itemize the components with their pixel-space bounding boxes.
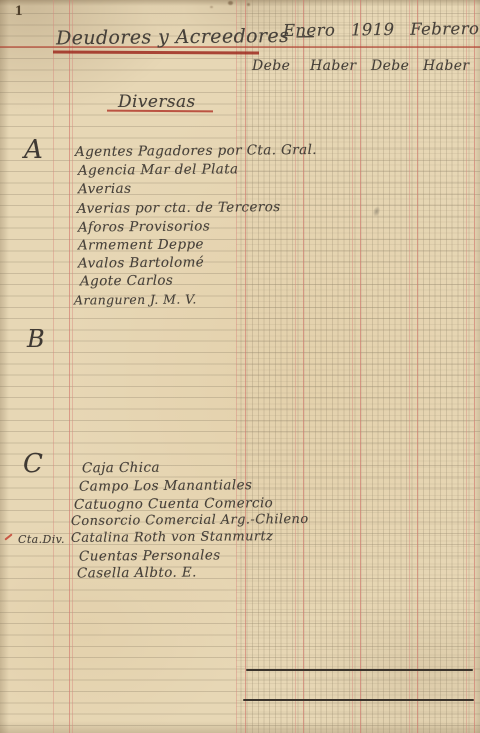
totals-rule-line — [246, 669, 473, 671]
ink-smudge — [371, 205, 381, 218]
title-underline — [53, 50, 259, 54]
account-type-note: Cta.Div. — [18, 533, 65, 546]
column-rule — [409, 0, 410, 733]
entry-row: Consorcio Comercial Arg.-Chileno — [71, 512, 309, 529]
column-rule — [466, 0, 467, 733]
ledger-page: 1 Deudores y Acreedores — Enero 1919 Feb… — [0, 0, 480, 733]
entry-row: Averias — [78, 181, 132, 197]
entry-row: Catalina Roth von Stanmurtz — [71, 529, 273, 546]
column-rule — [295, 0, 296, 733]
col-header-haber-1: Haber — [310, 58, 357, 74]
margin-letter-a: A — [24, 135, 43, 165]
margin-rule — [72, 0, 73, 733]
entry-row: Armement Deppe — [78, 236, 204, 253]
page-number: 1 — [15, 3, 23, 20]
col-header-haber-2: Haber — [423, 58, 470, 74]
entry-row: Agote Carlos — [80, 273, 173, 290]
section-heading: Diversas — [118, 92, 196, 112]
margin-rule — [53, 0, 54, 733]
money-column-grid — [236, 0, 474, 733]
ink-speck — [228, 1, 233, 5]
totals-rule-line — [243, 699, 474, 701]
ink-speck — [247, 3, 250, 6]
period-header: Enero 1919 Febrero — [283, 19, 479, 40]
horizontal-ruling — [0, 13, 480, 733]
ink-speck — [210, 6, 213, 8]
col-header-debe-2: Debe — [371, 58, 409, 74]
entry-row: Agentes Pagadores por Cta. Gral. — [75, 142, 317, 160]
column-rule — [417, 0, 418, 733]
column-rule — [360, 0, 361, 733]
entry-row: Aforos Provisorios — [78, 218, 210, 235]
ledger-title: Deudores y Acreedores — — [56, 25, 315, 50]
margin-rule — [69, 0, 70, 733]
entry-row: Averias por cta. de Terceros — [77, 199, 281, 217]
entry-row: Campo Los Manantiales — [79, 477, 252, 495]
entry-row: Agencia Mar del Plata — [78, 161, 239, 178]
column-rule — [474, 0, 475, 733]
entry-row: Cuentas Personales — [79, 547, 221, 564]
entry-row: Caja Chica — [82, 460, 160, 477]
red-tick-mark — [4, 533, 12, 540]
column-rule — [303, 0, 304, 733]
column-rule — [352, 0, 353, 733]
column-rule — [236, 0, 237, 733]
entry-row: Avalos Bartolomé — [78, 254, 204, 271]
margin-letter-c: C — [23, 449, 43, 479]
entry-row: Aranguren J. M. V. — [74, 291, 197, 307]
column-rule — [245, 0, 246, 733]
entry-row: Catuogno Cuenta Comercio — [74, 495, 273, 513]
margin-letter-b: B — [27, 325, 45, 353]
col-header-debe-1: Debe — [252, 58, 290, 74]
entry-row: Casella Albto. E. — [77, 564, 197, 581]
